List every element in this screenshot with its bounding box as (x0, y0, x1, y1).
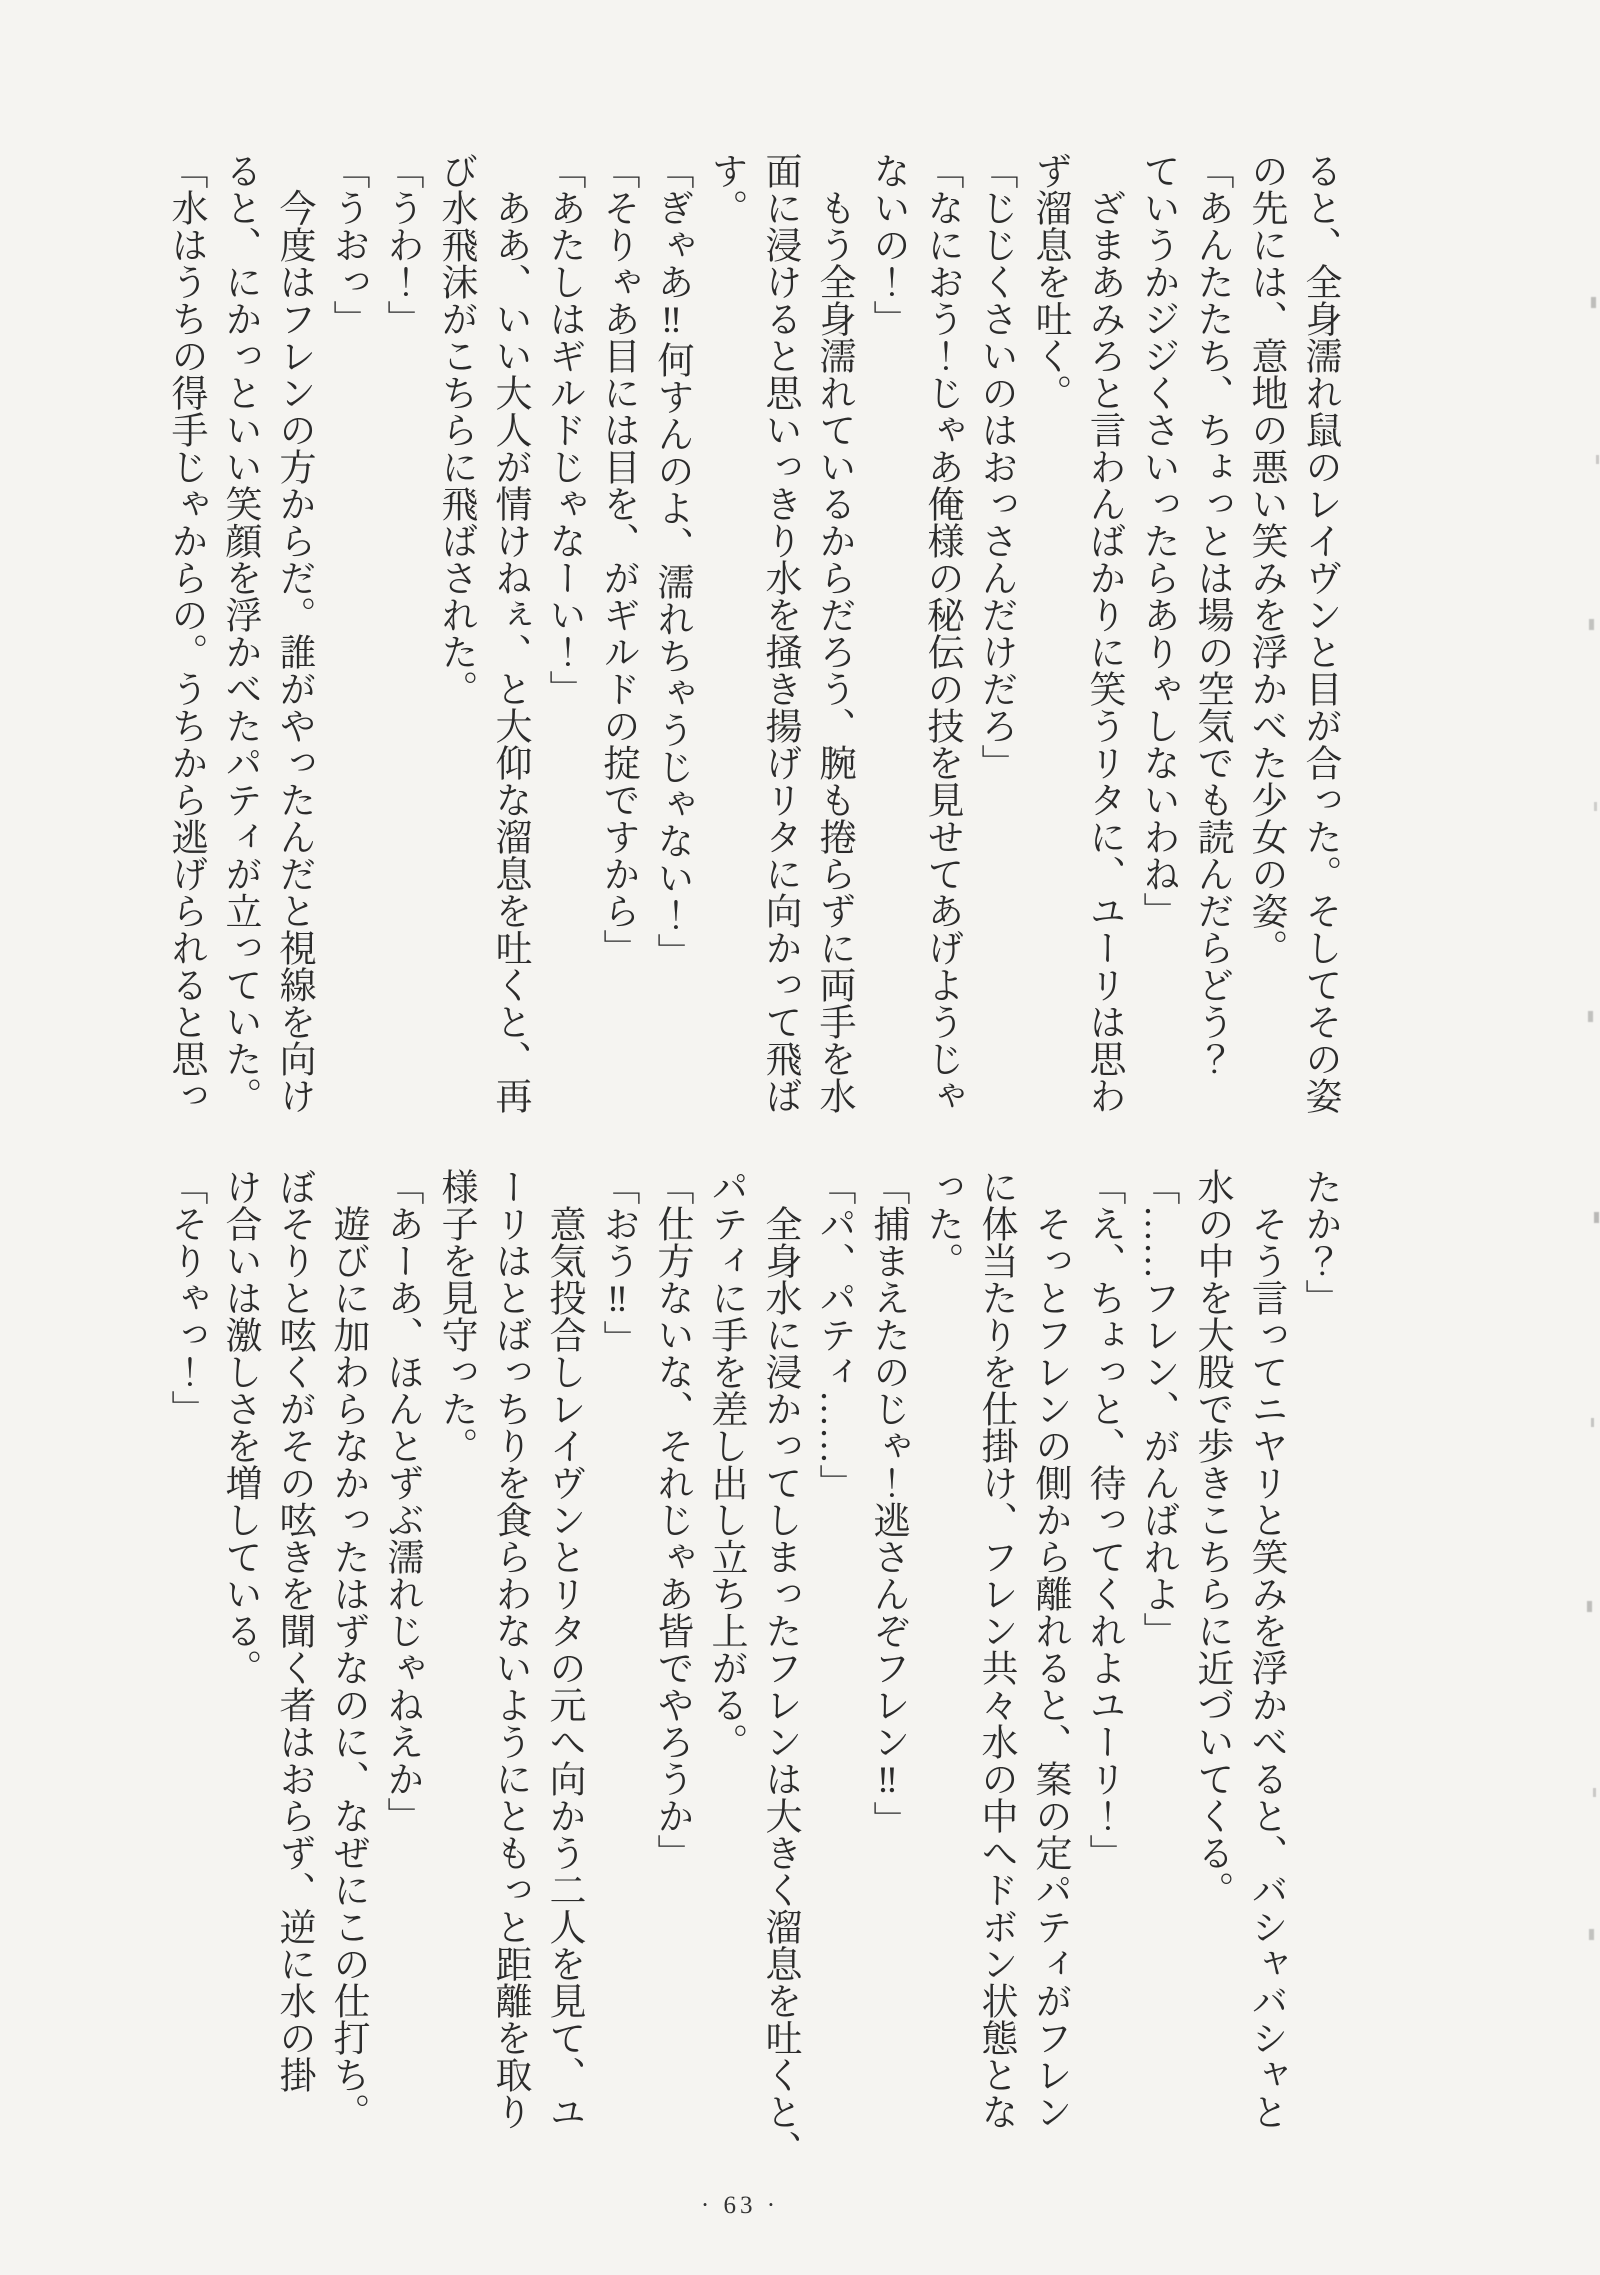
text-column: 面に浸けると思いっきり水を掻き揚げリタに向かって飛ば (752, 152, 806, 1137)
page: ると、全身濡れ鼠のレイヴンと目が合った。そしてその姿の先には、意地の悪い笑みを浮… (0, 0, 1600, 2275)
text-column: 全身水に浸かってしまったフレンは大きく溜息を吐くと、 (752, 1168, 806, 2183)
text-column: 今度はフレンの方からだ。誰がやったんだと視線を向け (266, 152, 320, 1137)
text-block-upper: ると、全身濡れ鼠のレイヴンと目が合った。そしてその姿の先には、意地の悪い笑みを浮… (158, 152, 1346, 1137)
text-column: 「水はうちの得手じゃからの。うちから逃げられると思っ (158, 152, 212, 1137)
text-column: ず溜息を吐く。 (1022, 152, 1076, 1137)
text-column: そっとフレンの側から離れると、案の定パティがフレン (1022, 1168, 1076, 2183)
text-column: 「仕方ないな、それじゃあ皆でやろうか」 (644, 1168, 698, 2183)
text-column: ていうかジジくさいったらありゃしないわね」 (1130, 152, 1184, 1137)
text-column: ると、全身濡れ鼠のレイヴンと目が合った。そしてその姿 (1292, 152, 1346, 1137)
text-column: 「捕まえたのじゃ！逃さんぞフレン‼」 (860, 1168, 914, 2183)
page-number: · 63 · (688, 2192, 792, 2220)
text-column: 「ぎゃあ‼何すんのよ、濡れちゃうじゃない！」 (644, 152, 698, 1137)
text-column: け合いは激しさを増している。 (212, 1168, 266, 2183)
text-column: そう言ってニヤリと笑みを浮かべると、バシャバシャと (1238, 1168, 1292, 2183)
text-column: 「うおっ」 (320, 152, 374, 1137)
text-column: 「なにおう！じゃあ俺様の秘伝の技を見せてあげようじゃ (914, 152, 968, 1137)
text-column: ると、にかっといい笑顔を浮かべたパティが立っていた。 (212, 152, 266, 1137)
text-column: び水飛沫がこちらに飛ばされた。 (428, 152, 482, 1137)
text-column: 「あんたたち、ちょっとは場の空気でも読んだらどう？ (1184, 152, 1238, 1137)
scan-artifacts (0, 0, 3, 9)
text-column: 「おう‼」 (590, 1168, 644, 2183)
text-column: ああ、いい大人が情けねぇ、と大仰な溜息を吐くと、再 (482, 152, 536, 1137)
text-column: 「……フレン、がんばれよ」 (1130, 1168, 1184, 2183)
text-column: 「そりゃっ！」 (158, 1168, 212, 2183)
text-column: の先には、意地の悪い笑みを浮かべた少女の姿。 (1238, 152, 1292, 1137)
text-column: もう全身濡れているからだろう、腕も捲らずに両手を水 (806, 152, 860, 1137)
text-column: 意気投合しレイヴンとリタの元へ向かう二人を見て、ユ (536, 1168, 590, 2183)
text-column: 遊びに加わらなかったはずなのに、なぜにこの仕打ち。 (320, 1168, 374, 2183)
text-block-lower: たか？」 そう言ってニヤリと笑みを浮かべると、バシャバシャと水の中を大股で歩きこ… (158, 1168, 1346, 2183)
text-column: った。 (914, 1168, 968, 2183)
text-column: 「あーあ、ほんとずぶ濡れじゃねえか」 (374, 1168, 428, 2183)
text-column: 「あたしはギルドじゃなーい！」 (536, 152, 590, 1137)
scanned-book-page: { "page": { "paper_color": "#f5f4f1", "i… (0, 0, 1600, 2275)
text-column: ないの！」 (860, 152, 914, 1137)
text-column: ぼそりと呟くがその呟きを聞く者はおらず、逆に水の掛 (266, 1168, 320, 2183)
text-column: に体当たりを仕掛け、フレン共々水の中へドボン状態とな (968, 1168, 1022, 2183)
text-column: す。 (698, 152, 752, 1137)
text-column: 水の中を大股で歩きこちらに近づいてくる。 (1184, 1168, 1238, 2183)
text-column: 「え、ちょっと、待ってくれよユーリ！」 (1076, 1168, 1130, 2183)
text-column: ざまあみろと言わんばかりに笑うリタに、ユーリは思わ (1076, 152, 1130, 1137)
text-column: 「パ、パティ……」 (806, 1168, 860, 2183)
text-column: ーリはとばっちりを食らわないようにともっと距離を取り (482, 1168, 536, 2183)
text-column: たか？」 (1292, 1168, 1346, 2183)
text-column: パティに手を差し出し立ち上がる。 (698, 1168, 752, 2183)
text-column: 「うわ！」 (374, 152, 428, 1137)
text-column: 様子を見守った。 (428, 1168, 482, 2183)
text-column: 「じじくさいのはおっさんだけだろ」 (968, 152, 1022, 1137)
text-column: 「そりゃあ目には目を、がギルドの掟ですから」 (590, 152, 644, 1137)
